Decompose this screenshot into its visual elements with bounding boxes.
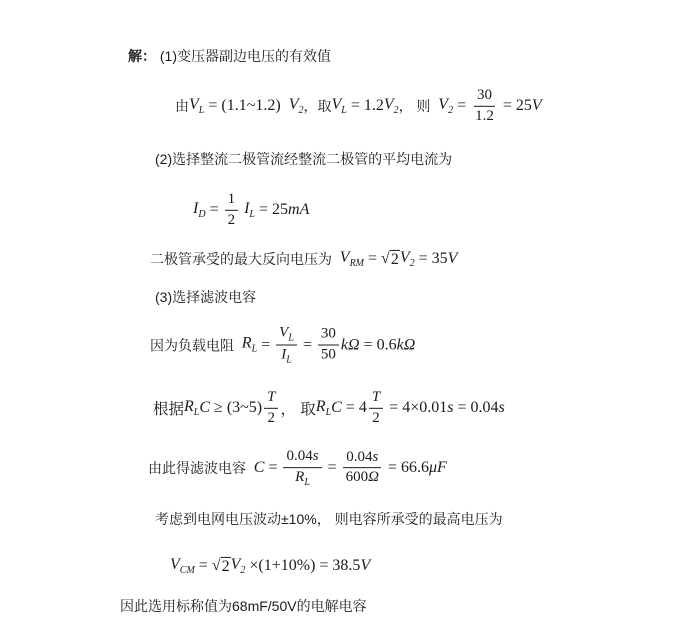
math-var: RL [295, 469, 310, 488]
math-text: 30 [477, 87, 492, 105]
diode-current-formula: ID = 12 IL = 25mA [193, 191, 309, 229]
rc-condition-line: 根据RLC ≥ (3~5)T2， 取RLC = 4T2 = 4×0.01s = … [153, 389, 505, 427]
fraction-denominator: 50 [318, 346, 339, 365]
math-text: 2 [228, 212, 236, 230]
math-var: RL [184, 398, 199, 418]
math-var: RL [316, 398, 331, 418]
math-fraction: 301.2 [472, 87, 497, 125]
math-text: = 0.04 [453, 399, 498, 417]
fraction-numerator: 30 [318, 326, 339, 346]
math-fraction: 0.04s600Ω [343, 449, 382, 487]
conclusion-line: 因此选用标称值为68mF/50V的电解电容 [120, 596, 367, 616]
math-text: = 25 [255, 201, 288, 219]
cn-text: 根据 [153, 397, 184, 419]
cn-text: (1)变压器副边电压的有效值 [156, 46, 331, 66]
fraction-numerator: 30 [474, 87, 495, 107]
math-fraction: T2 [369, 389, 383, 427]
fraction-denominator: 1.2 [472, 107, 497, 126]
math-text: = (1.1~1.2) [204, 97, 288, 115]
math-text: = [257, 336, 274, 354]
capacitance-line: 由此得滤波电容 C = 0.04sRL = 0.04s600Ω = 66.6μF [148, 448, 447, 488]
math-var: kΩ [397, 336, 416, 354]
sqrt-radical: √2 [212, 557, 231, 576]
math-text: 30 [321, 326, 336, 344]
math-var: C [254, 459, 265, 477]
cn-text: ，取 [303, 96, 331, 116]
math-text: = [264, 459, 281, 477]
math-text: = 0.6 [360, 336, 397, 354]
math-text: = [453, 97, 470, 115]
math-var: V2 [289, 96, 304, 116]
math-var: Ω [368, 470, 379, 488]
cn-text: 由此得滤波电容 [148, 458, 254, 478]
fraction-denominator: 2 [225, 211, 239, 230]
document-page: 解： (1)变压器副边电压的有效值 由VL = (1.1~1.2) V2，取VL… [0, 0, 681, 629]
math-var: s [313, 448, 319, 466]
solution-step1-heading: 解： (1)变压器副边电压的有效值 [128, 46, 331, 66]
math-var: T [267, 389, 275, 407]
math-var: V2 [231, 556, 246, 576]
math-var: VL [331, 96, 346, 116]
math-var: VL [189, 96, 204, 116]
math-text: 1.2 [475, 108, 494, 126]
math-subscript: L [288, 333, 294, 344]
reverse-voltage-line: 二极管承受的最大反向电压为 VRM = √2V2 = 35V [150, 249, 457, 269]
math-fraction: 0.04sRL [283, 448, 321, 488]
cn-text: 因此选用标称值为68mF/50V的电解电容 [120, 596, 367, 616]
math-text: = [324, 459, 341, 477]
secondary-voltage-formula: 由VL = (1.1~1.2) V2，取VL = 1.2V2， 则 V2 = 3… [175, 87, 542, 125]
fraction-denominator: 2 [265, 409, 279, 428]
cn-text: 二极管承受的最大反向电压为 [150, 249, 340, 269]
math-var: s [498, 399, 504, 417]
fraction-denominator: 600Ω [343, 469, 382, 488]
math-fraction: 3050 [318, 326, 339, 364]
math-text: = 4×0.01 [385, 399, 447, 417]
cn-text-bold: 解： [128, 46, 156, 66]
math-var: IL [281, 347, 292, 366]
math-text: = 25 [499, 97, 532, 115]
fraction-numerator: 1 [225, 191, 239, 211]
math-var: V [532, 97, 542, 115]
radicand: 2 [390, 250, 400, 269]
fraction-numerator: 0.04s [283, 448, 321, 468]
math-var: ID [193, 200, 206, 220]
radical-sign-icon: √ [212, 557, 221, 575]
math-var: VCM [170, 556, 195, 576]
math-text: 50 [321, 347, 336, 365]
math-fraction: 12 [225, 191, 239, 229]
cn-text: ， 取 [280, 397, 315, 419]
solution-step2-heading: (2)选择整流二极管流经整流二极管的平均电流为 [155, 149, 452, 169]
math-text: = 4 [342, 399, 367, 417]
math-text: 0.04 [286, 448, 312, 466]
math-text: = [364, 250, 381, 268]
fraction-numerator: VL [276, 325, 297, 346]
math-text: 600 [346, 470, 369, 488]
math-var: RL [242, 335, 257, 355]
math-text: 2 [372, 410, 380, 428]
math-fraction: VLIL [276, 325, 297, 366]
fraction-denominator: RL [292, 468, 313, 488]
cn-text: ， 则 [399, 96, 439, 116]
math-text: = [299, 336, 316, 354]
math-text: = [195, 557, 212, 575]
cn-text: 由 [175, 96, 189, 116]
math-subscript: CM [180, 565, 195, 576]
math-var: mA [288, 201, 309, 219]
math-var: V [360, 557, 370, 575]
math-var: C [331, 399, 342, 417]
fraction-denominator: IL [278, 346, 295, 366]
math-text: = 66.6 [384, 459, 429, 477]
math-fraction: T2 [264, 389, 278, 427]
math-var: V2 [438, 96, 453, 116]
radical-sign-icon: √ [381, 250, 390, 268]
fraction-numerator: T [369, 389, 383, 409]
math-var: s [372, 449, 378, 467]
cn-text: 考虑到电网电压波动±10%， 则电容所承受的最高电压为 [155, 509, 503, 529]
solution-step3-heading: (3)选择滤波电容 [155, 287, 256, 307]
math-var: V [448, 250, 458, 268]
cn-text: (2)选择整流二极管流经整流二极管的平均电流为 [155, 149, 452, 169]
math-subscript: RM [350, 258, 364, 269]
math-var: VRM [340, 249, 364, 269]
math-text: 1 [228, 191, 236, 209]
math-var: V2 [400, 249, 415, 269]
math-text: = 35 [415, 250, 448, 268]
fraction-numerator: T [264, 389, 278, 409]
fraction-numerator: 0.04s [343, 449, 381, 469]
math-subscript: L [304, 477, 310, 488]
math-text: ≥ (3~5) [210, 399, 262, 417]
math-text: ×(1+10%) = 38.5 [245, 557, 360, 575]
max-cap-voltage-formula: VCM = √2V2 ×(1+10%) = 38.5V [170, 556, 370, 576]
radicand: 2 [221, 557, 231, 576]
math-subscript: D [198, 209, 205, 220]
math-text: 0.04 [346, 449, 372, 467]
math-text: = [206, 201, 223, 219]
math-var: VL [279, 325, 294, 344]
math-var: V2 [384, 96, 399, 116]
math-var: μF [429, 459, 447, 477]
sqrt-radical: √2 [381, 250, 400, 269]
math-var: C [199, 399, 210, 417]
math-var: kΩ [341, 336, 360, 354]
math-var: IL [244, 200, 255, 220]
math-var: T [372, 389, 380, 407]
fraction-denominator: 2 [369, 409, 383, 428]
math-subscript: L [286, 355, 292, 366]
cn-text: 因为负载电阻 [150, 335, 242, 355]
math-text: 2 [268, 410, 276, 428]
load-resistance-line: 因为负载电阻 RL = VLIL = 3050kΩ = 0.6kΩ [150, 325, 415, 366]
voltage-fluctuation-line: 考虑到电网电压波动±10%， 则电容所承受的最高电压为 [155, 509, 503, 529]
cn-text: (3)选择滤波电容 [155, 287, 256, 307]
math-text: = 1.2 [347, 97, 384, 115]
